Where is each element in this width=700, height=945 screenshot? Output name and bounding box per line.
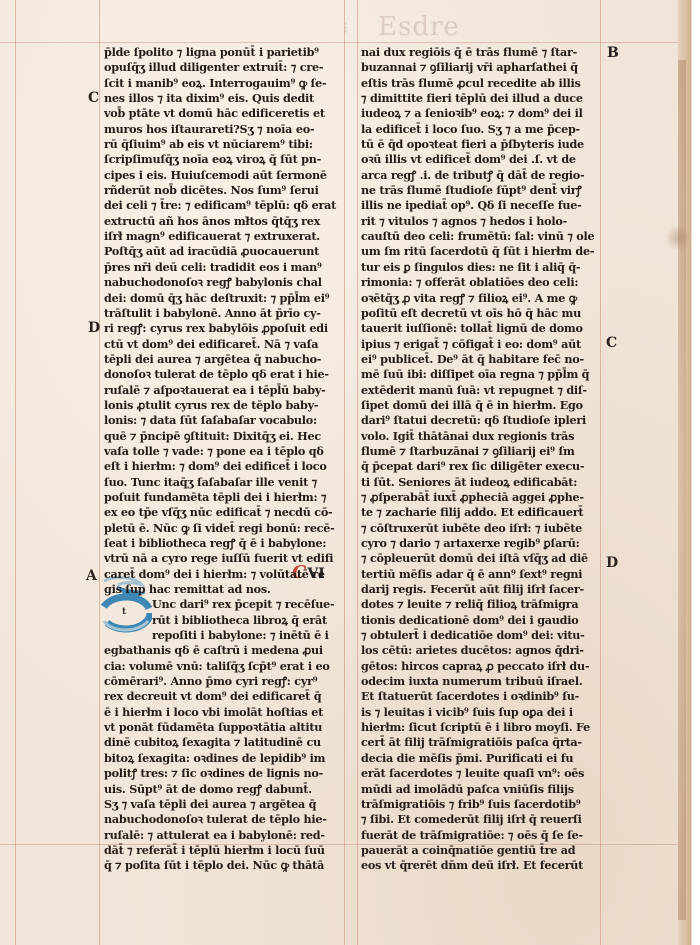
text-line: ri regꝭ: cyrus rex babylōis ꝓpoſuit edi	[104, 321, 347, 336]
text-line: poſitū eſt decretū vt oīs hō q̄ hāc mu	[361, 306, 604, 321]
text-line: mūdi ad imolādū paſca vniūſis filijs	[361, 782, 604, 797]
text-line: pletū ē. Nūc ꝙ ſi videt̄ regi bonū: recē…	[104, 521, 347, 536]
text-line: trāſmigratiōis ⁊ frib⁹ ſuis ſacerdotib⁹	[361, 797, 604, 812]
text-line: ⁊ cōpleuerūt domū dei iſtā vſq̄ʒ ad diē	[361, 551, 604, 566]
text-line: darij regis. Fecerūt aūt filij iſrł ſace…	[361, 582, 604, 597]
text-line: tauerit iuſſionē: tollat̄ lignū de domo	[361, 321, 604, 336]
text-line: te ⁊ zacharie filij addo. Et edificauert…	[361, 505, 604, 520]
text-line: ⁊ dimittite fieri tēplū dei illud a duce	[361, 91, 604, 106]
text-line: nai dux regiōis q̄ ē trās flumē ⁊ ſtar-	[361, 45, 604, 60]
text-line: Poſtq̄ʒ aūt ad iracūdiā ꝓuocauerunt	[104, 244, 347, 259]
text-line: nes illos ⁊ ita dixim⁹ eis. Quis dedit	[104, 91, 347, 106]
text-line: flumē ⁊ ſtarbuzānai ⁊ ꝯſiliarij ei⁹ ſm	[361, 444, 604, 459]
text-line: extructū añ hos ānos mł̄tos q̄tq̄ʒ rex	[104, 214, 347, 229]
text-line: pauerāt a coinq̄natiōe gentiū t̄re ad	[361, 843, 604, 858]
text-line: tur eis ꝑ ſingulos dies: ne ſit i aliq̄ …	[361, 260, 604, 275]
text-line: ⁊ ꝓſperabāt̄ iuxt̄ ꝓpheciā aggei ꝓphe-	[361, 490, 604, 505]
text-line: p̄lde ſpolito ⁊ ligna ponūt̄ i parietib⁹	[104, 45, 347, 60]
text-line: dāt̄ ⁊ referāt̄ i tēplū hierłm i locū ſu…	[104, 843, 347, 858]
text-line: dari⁹ ſtatui decretū: qδ ſtudioſe ipleri	[361, 413, 604, 428]
text-line: vt ponāt fūdamēta ſuppoꝛtātia altitu	[104, 720, 347, 735]
text-line: rū q̄ſiuim⁹ ab eis vt nūciarem⁹ tibi:	[104, 137, 347, 152]
text-line: Unc dari⁹ rex p̄cepit ⁊ recēſue-	[104, 597, 347, 612]
text-line: poſuit fundamēta tēpli dei i hierłm: ⁊	[104, 490, 347, 505]
text-line: ē i hierłm i loco vbi imolāt hoſtias et	[104, 705, 347, 720]
ruling-line-left-text	[99, 0, 100, 945]
text-line: volo. Igit̄ thātānai dux regionis trās	[361, 429, 604, 444]
text-line: ⁊ ſibi. Et comederūt filij iſrł q̄ reuer…	[361, 812, 604, 827]
text-line: cyro ⁊ dario ⁊ artaxerxe regib⁹ ꝑſarū:	[361, 536, 604, 551]
text-line: quē ⁊ p̄ncipē ꝯſtituit: Dixitq̄ʒ ei. Hec	[104, 429, 347, 444]
text-line: p̄res nr̄i deū celi: tradidit eos i man⁹	[104, 260, 347, 275]
margin-letter-d-left: D	[88, 320, 100, 336]
text-line: nabuchodonoſoꝛ tulerat de tēplo hie-	[104, 812, 347, 827]
text-line: ⁊ cōſtruxerūt iubēte deo iſrł: ⁊ iubēte	[361, 521, 604, 536]
text-line: caret̄ dom⁹ dei i hierłm: ⁊ volūtatē re	[104, 567, 347, 582]
text-column-left: p̄lde ſpolito ⁊ ligna ponūt̄ i parietib⁹…	[104, 45, 347, 874]
text-line: cert̄ āt filij trāſmigratiōis paſca q̄rt…	[361, 735, 604, 750]
text-line: ex eo tp̄e vſq̄ʒ nūc edificat̄ ⁊ necdū c…	[104, 505, 347, 520]
text-line: vob̄ ptāte vt domū hāc edificeretis et	[104, 106, 347, 121]
running-head-show-through: Esdre	[378, 12, 460, 42]
text-line: iſrł̄ magn⁹ edificauerat ⁊ extruxerat.	[104, 229, 347, 244]
text-line: ſipet domū dei illā q̄ ē in hierłm. Ego	[361, 398, 604, 413]
text-line: ne trās flumē ſtudioſe ſūpt⁹ dent̄ virꝭ	[361, 183, 604, 198]
text-line: hierłm: ſicut ſcriptū ē i libro moyſi. F…	[361, 720, 604, 735]
text-line: dinē cubitoꝝ ſexagita ⁊ latitudinē cu	[104, 735, 347, 750]
text-line: dei celi ⁊ t̄re: ⁊ edificam⁹ tēplū: qδ e…	[104, 198, 347, 213]
text-line: vtrū nā a cyro rege iuſſū fuerit vt edif…	[104, 551, 347, 566]
text-line: Et ſtatuerūt ſacerdotes i oꝛdinib⁹ ſu-	[361, 689, 604, 704]
margin-letter-d-right: D	[606, 555, 618, 571]
text-line: eſt i hierłm: ⁊ dom⁹ dei edificet̄ i loc…	[104, 459, 347, 474]
text-line: cōmērari⁹. Anno p̄mo cyri regꝭ: cyr⁹	[104, 674, 347, 689]
text-line: nabuchodonoſoꝛ regꝭ babylonis chal	[104, 275, 347, 290]
margin-letter-b-right: B	[607, 45, 619, 61]
text-line: tēpli dei aurea ⁊ argētea q̄ nabucho-	[104, 352, 347, 367]
show-through-mark: ⁝	[343, 18, 348, 37]
text-line: ipius ⁊ erigat̄ ⁊ cōfigat̄ i eo: dom⁹ aū…	[361, 337, 604, 352]
text-line: Sʒ ⁊ vaſa tēpli dei aurea ⁊ argētea q̄	[104, 797, 347, 812]
text-line: los cētū: arietes ducētos: agnos q̄dri-	[361, 643, 604, 658]
text-line: gētos: hircos capraꝝ ꝓ peccato iſrł du-	[361, 659, 604, 674]
text-line: ſuo. Tunc itaq̄ʒ ſaſabaſar ille venit ⁊	[104, 475, 347, 490]
ruling-line-gutter-right	[357, 0, 358, 945]
text-line: eſtis trās flumē ꝓcul recedite ab illis	[361, 76, 604, 91]
ruling-line-outer-left	[15, 0, 16, 945]
text-line: rit ⁊ vitulos ⁊ agnos ⁊ hedos i holo-	[361, 214, 604, 229]
text-line: q̄ ⁊ poſita ſūt i tēplo dei. Nūc ꝙ thātā	[104, 858, 347, 873]
text-line: tū ē q̄d opoꝛteat fieri a p̄ſbyteris iud…	[361, 137, 604, 152]
text-line: q̄ p̄cepat dari⁹ rex ſic diligēter execu…	[361, 459, 604, 474]
text-line: arca regꝭ .i. de tributꝭ q̄ dāt̄ de regi…	[361, 168, 604, 183]
text-line: illis ne ipediat̄ op⁹. Qδ ſi neceſſe fue…	[361, 198, 604, 213]
text-line: bitoꝝ ſexagita: oꝛdines de lepidib⁹ im	[104, 751, 347, 766]
text-line: opuſq̄ʒ illud diligenter extruit̄: ⁊ cre…	[104, 60, 347, 75]
text-line: fuerāt de trāſmigratiōe: ⁊ oēs q̄ ſe ſe-	[361, 828, 604, 843]
text-line: uis. Sūpt⁹ āt de domo regꝭ dabunt̄.	[104, 782, 347, 797]
text-line: iudeoꝝ ⁊ a ſenioꝛib⁹ eoꝝ: ⁊ dom⁹ dei il	[361, 106, 604, 121]
text-line: cia: volumē vnū: taliſq̄ʒ ſcp̄t⁹ erat i …	[104, 659, 347, 674]
text-line: decia die mēſis p̄mi. Purificati ei fu	[361, 751, 604, 766]
text-line: rñderūt nob̄ dicētes. Nos ſum⁹ ſerui	[104, 183, 347, 198]
margin-letter-c-right: C	[606, 335, 617, 351]
text-line: rimonia: ⁊ offerāt oblatiōes deo celi:	[361, 275, 604, 290]
text-line: muros hos iſtaurareti?Sʒ ⁊ noīa eo-	[104, 122, 347, 137]
text-line: trāſtulit i babylonē. Anno āt p̄rīo cy-	[104, 306, 347, 321]
text-line: eos vt q̄rerēt dn̄m deū iſrł. Et fecerūt	[361, 858, 604, 873]
text-line: cauſtū deo celi: frumētū: ſal: vinū ⁊ ol…	[361, 229, 604, 244]
text-line: ruſalē: ⁊ attulerat ea i babylonē: red-	[104, 828, 347, 843]
text-line: lonis: ⁊ data ſūt ſaſabaſar vocabulo:	[104, 413, 347, 428]
ruling-line-top	[0, 42, 680, 43]
text-line: lonis ꝓtulit cyrus rex de tēplo baby-	[104, 398, 347, 413]
text-line: erāt ſacerdotes ⁊ leuite quaſi vn⁹: oēs	[361, 766, 604, 781]
text-line: cipes i eis. Huiuſcemodi aūt ſermonē	[104, 168, 347, 183]
text-line: um ſm ritū ſacerdotū q̄ ſūt i hierłm de-	[361, 244, 604, 259]
text-line: ei⁹ publicet̄. De⁹ āt q̄ habitare fec̄ n…	[361, 352, 604, 367]
text-line: tertiū mēſis adar q̄ ē ann⁹ ſext⁹ regni	[361, 567, 604, 582]
text-line: oꝛētq̄ʒ ꝓ vita regꝭ ⁊ filioꝝ ei⁹. A me ꝙ	[361, 291, 604, 306]
text-line: tionis dedicationē dom⁹ dei i gaudio	[361, 613, 604, 628]
text-line: mē ſuū ibi: diſſipet oīa regna ⁊ pp̄l̄m …	[361, 367, 604, 382]
text-line: ſcripſimuſq̄ʒ noīa eoꝝ viroꝝ q̄ ſūt pn-	[104, 152, 347, 167]
text-column-right: nai dux regiōis q̄ ē trās flumē ⁊ ſtar- …	[361, 45, 604, 874]
text-line: vaſa tolle ⁊ vade: ⁊ pone ea i tēplo qδ	[104, 444, 347, 459]
text-line: repoſiti i babylone: ⁊ inētū ē i	[104, 628, 347, 643]
text-line: ti ſūt. Seniores āt iudeoꝝ edificabāt:	[361, 475, 604, 490]
text-line: gis ſup hac remittat ad nos.	[104, 582, 347, 597]
text-line: la edificet̄ i loco ſuo. Sʒ ⁊ a me p̄cep…	[361, 122, 604, 137]
text-line: extēderit manū ſuā: vt repugnet ⁊ diſ-	[361, 383, 604, 398]
text-line: dei: domū q̄ʒ hāc deſtruxit: ⁊ pp̄l̄m ei…	[104, 291, 347, 306]
text-line: donoſoꝛ tulerat de tēplo qδ erat i hie-	[104, 367, 347, 382]
text-line: ruſalē ⁊ aſpoꝛtauerat ea i tēpl̄ū baby-	[104, 383, 347, 398]
text-line: egbathanis qδ ē caſtrū i medena ꝓui	[104, 643, 347, 658]
text-line: odecim iuxta numerum tribuū iſrael.	[361, 674, 604, 689]
text-line: rūt i bibliotheca libroꝝ q̄ erāt	[104, 613, 347, 628]
text-line: ſeat i bibliotheca regꝭ q̄ ē i babylone:	[104, 536, 347, 551]
text-line: buzannai ⁊ ꝯſiliarij vr̄i apharſathei q̄	[361, 60, 604, 75]
text-line: rex decreuit vt dom⁹ dei edificaret̄ q̄	[104, 689, 347, 704]
text-line: ⁊ obtulert̄ i dedicatiōe dom⁹ dei: vitu-	[361, 628, 604, 643]
foxing-stain	[665, 225, 691, 251]
margin-letter-c-left: C	[88, 90, 99, 106]
text-line: ctū vt dom⁹ dei edificaret̄. Nā ⁊ vaſa	[104, 337, 347, 352]
text-line: ſcit i manib⁹ eoꝝ. Interrogauim⁹ ꝙ ſe-	[104, 76, 347, 91]
text-line: politꝭ tres: ⁊ ſic oꝛdines de lignis no-	[104, 766, 347, 781]
text-line: oꝛū illis vt edificet̄ dom⁹ dei .ſ. vt d…	[361, 152, 604, 167]
edge-foxing	[678, 60, 686, 920]
manuscript-page: ⁝ Esdre C D A B C D t CVI p̄lde ſpolito …	[0, 0, 700, 945]
text-line: is ⁊ leuitas i vicib⁹ ſuis ſup oꝑa dei i	[361, 705, 604, 720]
text-line: dotes ⁊ leuite ⁊ reliq̄ filioꝝ trāſmigra	[361, 597, 604, 612]
